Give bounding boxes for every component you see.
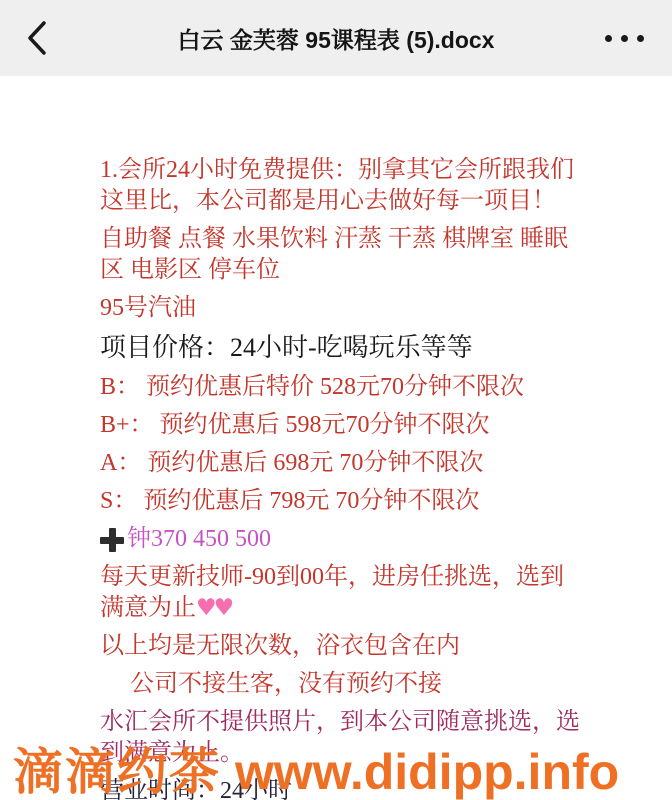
ellipsis-icon <box>637 35 644 42</box>
ellipsis-icon <box>605 35 612 42</box>
paragraph-amenities: 自助餐 点餐 水果饮料 汗蒸 干蒸 棋牌室 睡眠区 电影区 停车位 <box>100 224 584 286</box>
chevron-left-icon <box>26 20 48 56</box>
price-line-a: A： 预约优惠后 698元 70分钟不限次 <box>100 448 584 479</box>
price-line-s: S： 预约优惠后 798元 70分钟不限次 <box>100 486 584 517</box>
title-bar: 白云 金芙蓉 95课程表 (5).docx <box>0 0 672 76</box>
two-hearts-emoji: ♥♥ <box>196 595 231 621</box>
watermark-url: www.didipp.info <box>235 744 619 800</box>
paragraph-fuel: 95号汽油 <box>100 293 584 324</box>
paragraph-note-reservation: 公司不接生客，没有预约不接 <box>100 669 584 700</box>
technicians-text: 每天更新技师-90到00年，进房任挑选，选到满意为止 <box>100 564 564 621</box>
price-line-bplus: B+： 预约优惠后 598元70分钟不限次 <box>100 410 584 441</box>
extra-clock-price-line: 钟370 450 500 <box>100 524 584 555</box>
document-content: 1.会所24小时免费提供：别拿其它会所跟我们这里比，本公司都是用心去做好每一项目… <box>0 76 672 800</box>
document-title: 白云 金芙蓉 95课程表 (5).docx <box>70 22 602 55</box>
price-line-b: B： 预约优惠后特价 528元70分钟不限次 <box>100 372 584 403</box>
more-options-button[interactable] <box>603 25 646 52</box>
watermark-brand: 滴滴约茶 <box>13 744 221 800</box>
price-heading: 项目价格：24小时-吃喝玩乐等等 <box>100 331 584 365</box>
paragraph-note-unlimited: 以上均是无限次数，浴衣包含在内 <box>100 631 584 662</box>
back-button[interactable] <box>26 18 60 58</box>
paragraph-technicians: 每天更新技师-90到00年，进房任挑选，选到满意为止♥♥ <box>100 562 584 624</box>
extra-clock-prices: 钟370 450 500 <box>127 524 271 555</box>
paragraph-intro: 1.会所24小时免费提供：别拿其它会所跟我们这里比，本公司都是用心去做好每一项目… <box>100 155 584 217</box>
watermark: 滴滴约茶www.didipp.info <box>13 732 619 800</box>
ellipsis-icon <box>621 35 628 42</box>
heavy-plus-icon <box>100 528 124 552</box>
